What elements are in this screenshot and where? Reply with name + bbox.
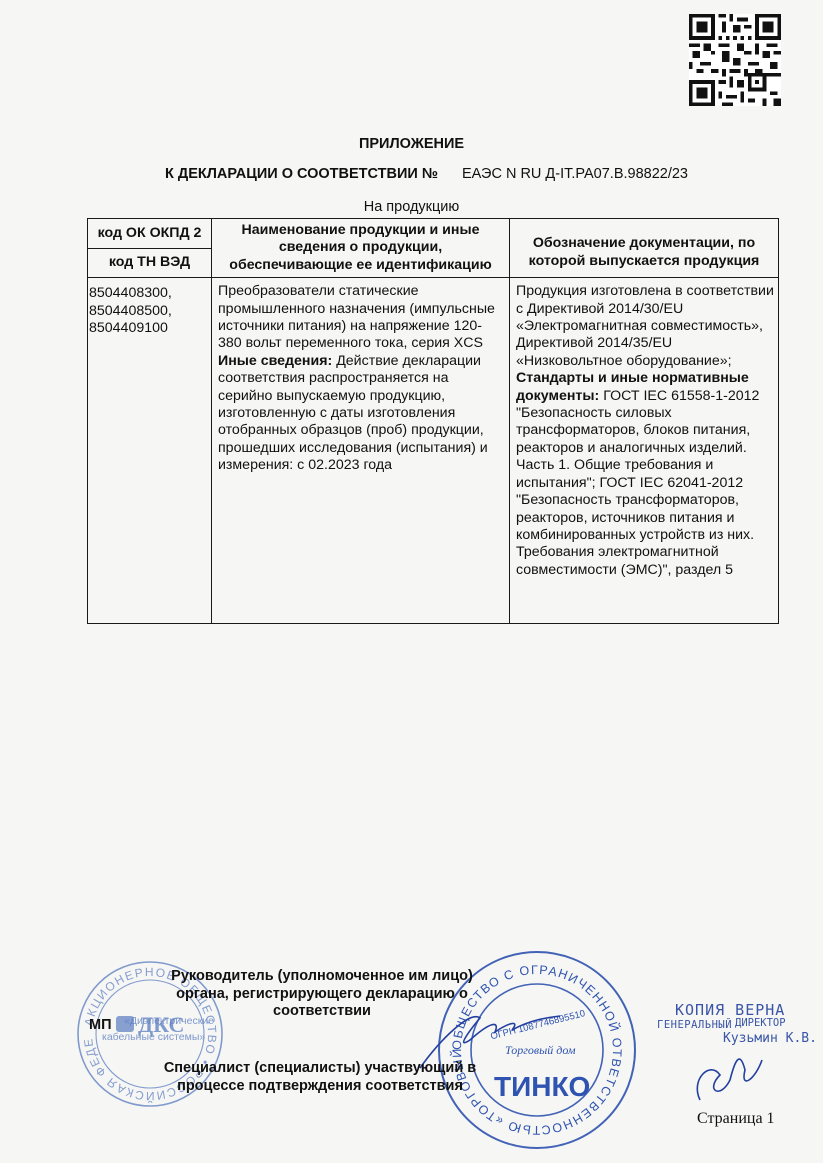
page-number: Страница 1: [697, 1110, 775, 1128]
declaration-label: К ДЕКЛАРАЦИИ О СООТВЕТСТВИИ №: [165, 166, 438, 182]
directives-text: Продукция изготовлена в соответствии с Д…: [516, 283, 774, 370]
product-name: Преобразователи статические промышленног…: [218, 283, 505, 353]
copy-certified-position-2: ДИРЕКТОР: [735, 1017, 786, 1029]
specialist-signature-label: Специалист (специалисты) участвующий в п…: [150, 1060, 490, 1095]
product-table: код ОК ОКПД 2 Наименование продукции и и…: [87, 218, 779, 624]
for-product-label: На продукцию: [0, 199, 823, 215]
declaration-line: К ДЕКЛАРАЦИИ О СООТВЕТСТВИИ №ЕАЭС N RU Д…: [165, 166, 688, 182]
table-row: 8504408300, 8504408500, 8504409100 Преоб…: [88, 278, 779, 624]
header-okpd-code: код ОК ОКПД 2: [88, 219, 212, 249]
header-product-name: Наименование продукции и иные сведения о…: [212, 219, 510, 278]
svg-text:кабельные системы»: кабельные системы»: [102, 1031, 205, 1043]
qr-code: [689, 14, 781, 106]
documentation-cell: Продукция изготовлена в соответствии с Д…: [510, 278, 779, 624]
copy-certified-name: Кузьмин К.В.: [723, 1031, 817, 1046]
standards: Стандарты и иные нормативные документы: …: [516, 370, 774, 579]
svg-text:ОГРН 1087746895510: ОГРН 1087746895510: [489, 1008, 586, 1042]
table-header-row: код ОК ОКПД 2 Наименование продукции и и…: [88, 219, 779, 249]
tnved-codes-cell: 8504408300, 8504408500, 8504409100: [88, 278, 212, 624]
other-info: Иные сведения: Действие декларации соотв…: [218, 353, 505, 475]
declaration-number: ЕАЭС N RU Д-IT.PA07.B.98822/23: [462, 166, 688, 182]
other-info-label: Иные сведения:: [218, 353, 332, 369]
tnved-code: 8504408500,: [89, 303, 209, 320]
header-documentation: Обозначение документации, по которой вып…: [510, 219, 779, 278]
other-info-text: Действие декларации соответствия распрос…: [218, 353, 488, 473]
document-title: ПРИЛОЖЕНИЕ: [0, 136, 823, 152]
qr-code-icon: [689, 14, 781, 106]
tnved-code: 8504408300,: [89, 285, 209, 302]
standards-text: ГОСТ IEC 61558-1-2012 "Безопасность сило…: [516, 388, 759, 578]
copy-certified-position: ГЕНЕРАЛЬНЫЙ: [657, 1019, 732, 1031]
header-tnved-code: код ТН ВЭД: [88, 248, 212, 278]
seal-place-label: МП: [89, 1017, 112, 1033]
tnved-code: 8504409100: [89, 320, 209, 337]
head-signature-label: Руководитель (уполномоченное им лицо) ор…: [152, 968, 492, 1021]
product-description-cell: Преобразователи статические промышленног…: [212, 278, 510, 624]
svg-text:ТИНКО: ТИНКО: [494, 1071, 590, 1102]
svg-text:Торговый дом: Торговый дом: [505, 1043, 576, 1057]
